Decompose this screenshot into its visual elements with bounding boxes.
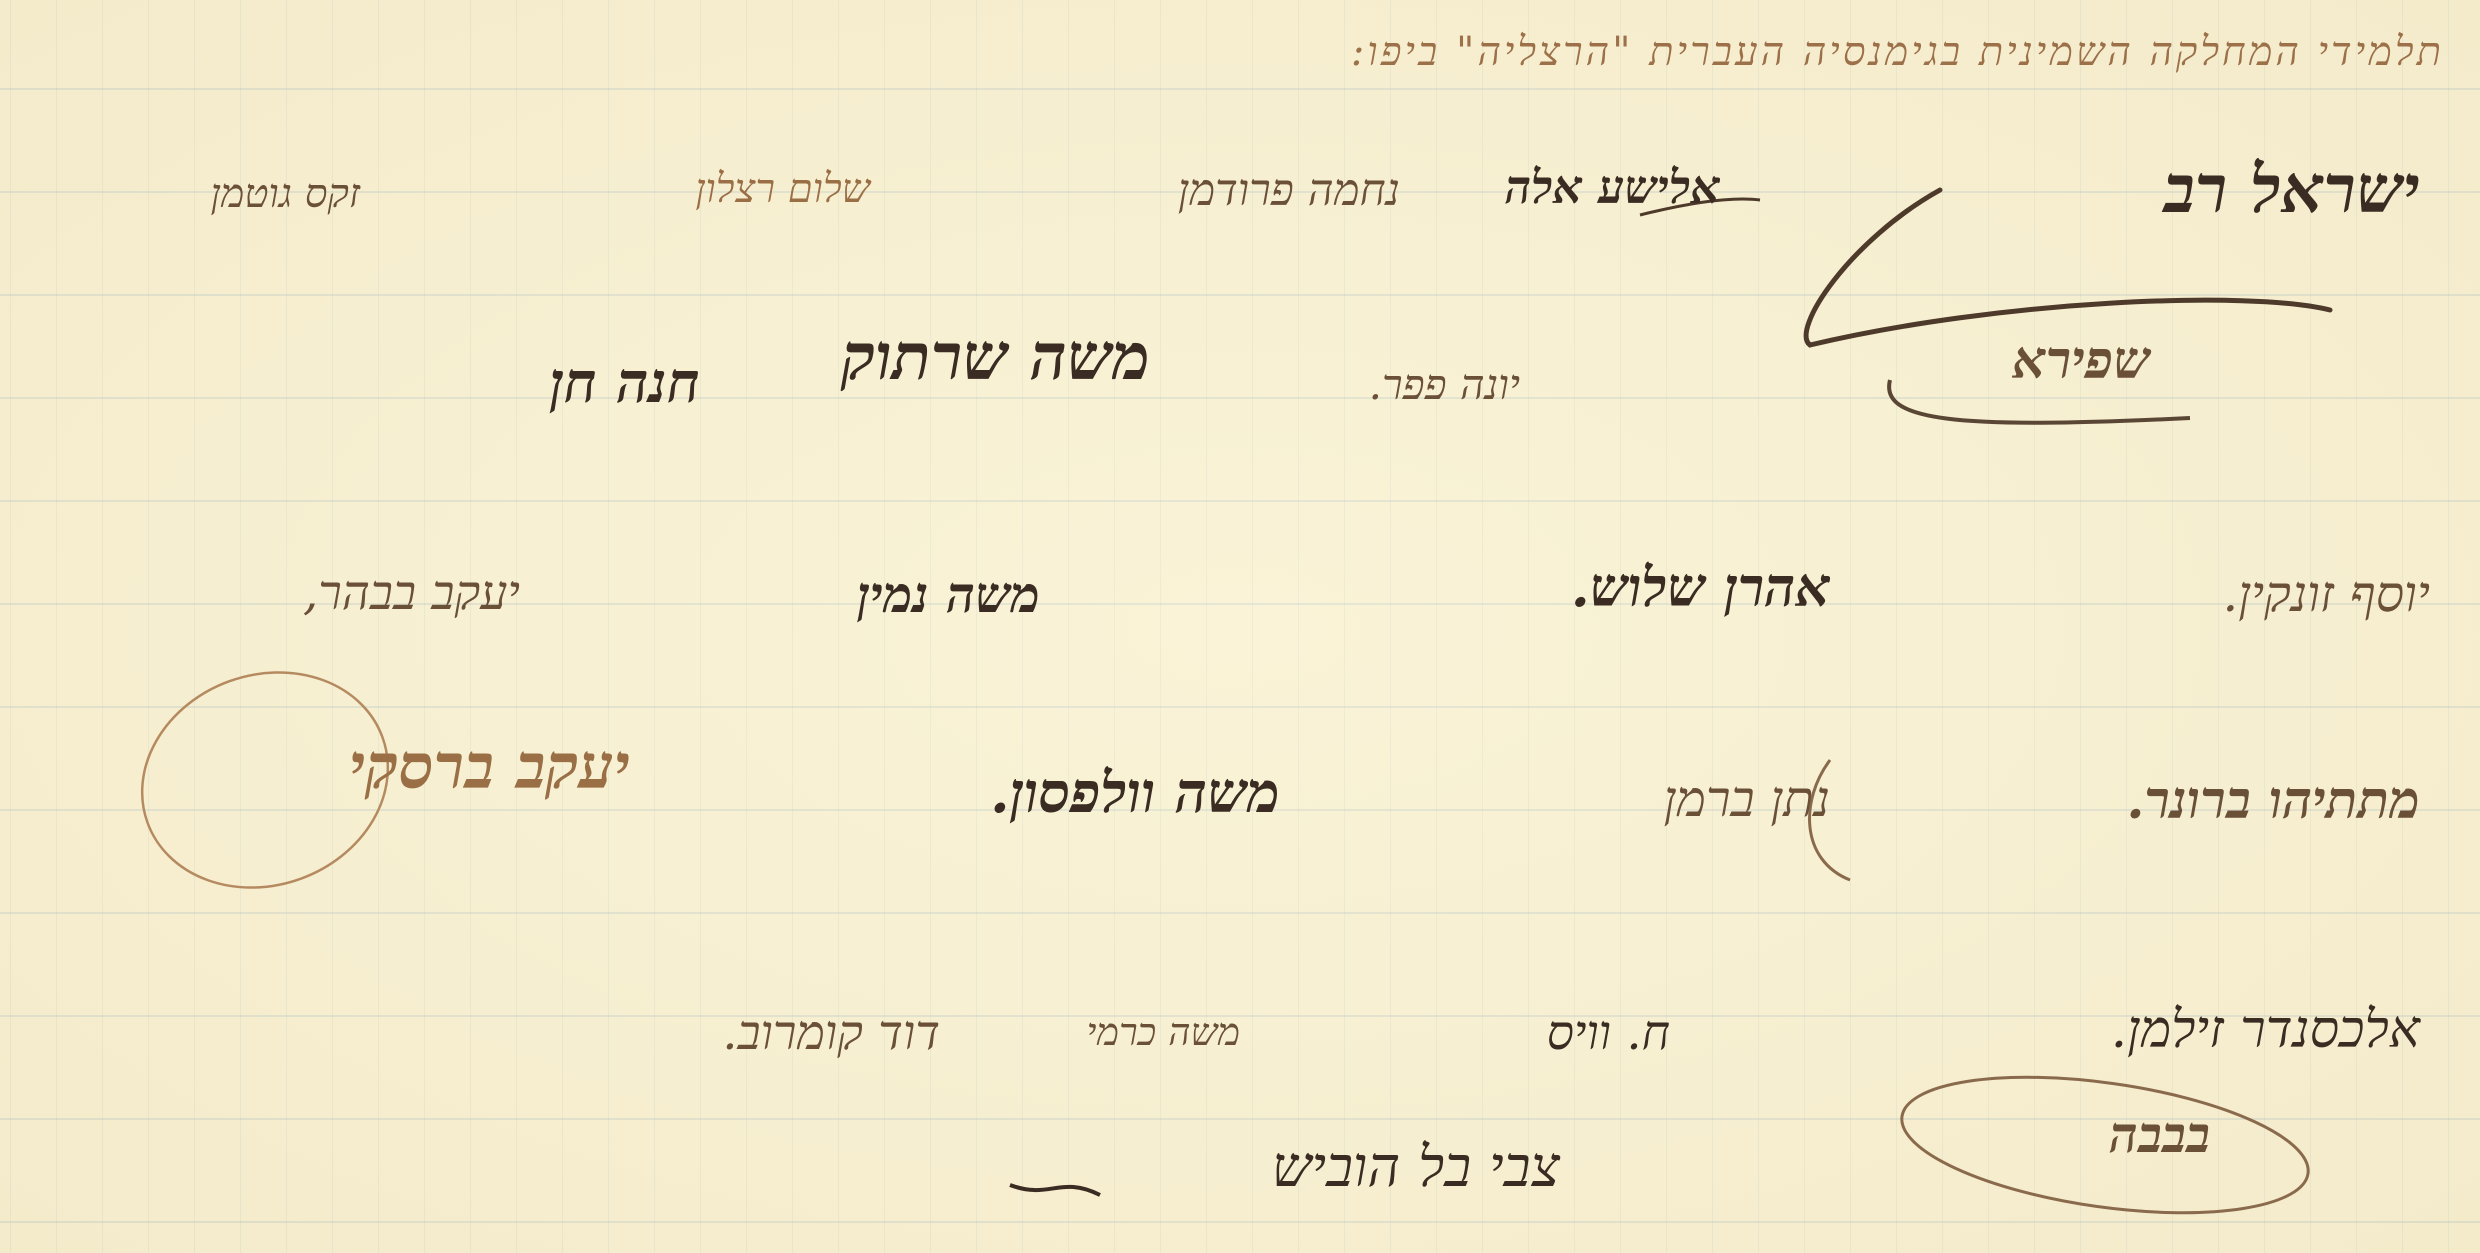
signature-moshe-karmi: משה כרמי [1086,1010,1240,1055]
signature-shapira: שפירא [2012,330,2150,391]
signature-david-komarov: דוד קומרוב. [722,1005,940,1061]
signature-tzvi-hovish: צבי בל הוביש [1272,1135,1560,1200]
signature-yona-pepper: יונה פפר. [1369,360,1520,410]
signature-yisrael-rav: ישראל רב [2163,150,2420,229]
signature-alisha: אלישע אלה [1505,160,1720,214]
signature-zaks-gutman: זקס גוטמן [210,170,360,217]
signature-nechama-prudman: נחמה פרודמן [1178,165,1400,216]
signature-moshe-wolfson: משה וולפסון. [990,760,1280,826]
signature-yaakov-barski: יעקב ברסקי [349,730,630,804]
document-heading: תלמידי המחלקה השמינית בגימנסיה העברית "ה… [1351,28,2444,75]
signature-moshe-shertok: משה שרתוק [841,320,1150,395]
signature-shalom-ratzlon: שלום רצלון [695,165,870,212]
signature-ch-weiss: ח. וויס [1547,1005,1670,1061]
signature-natan-berman: נתן ברמן [1664,770,1830,828]
signature-yaakov-bavhar: יעקב בבהר, [303,565,520,621]
signature-babbah: בבבה [2109,1105,2210,1164]
signature-alexander-zilman: אלכסנדר זילמן. [2111,1000,2420,1060]
signature-aharon-shlush: אהרן שלוש. [1571,555,1830,619]
signature-matityahu-bruner: מתתיהו ברונר. [2126,770,2420,831]
signature-yosef-zunkin: יוסף זונקין. [2222,565,2430,623]
signature-chana-chen: חנה חן [550,350,700,416]
signature-moshe-nemin: משה נמין [857,565,1040,624]
